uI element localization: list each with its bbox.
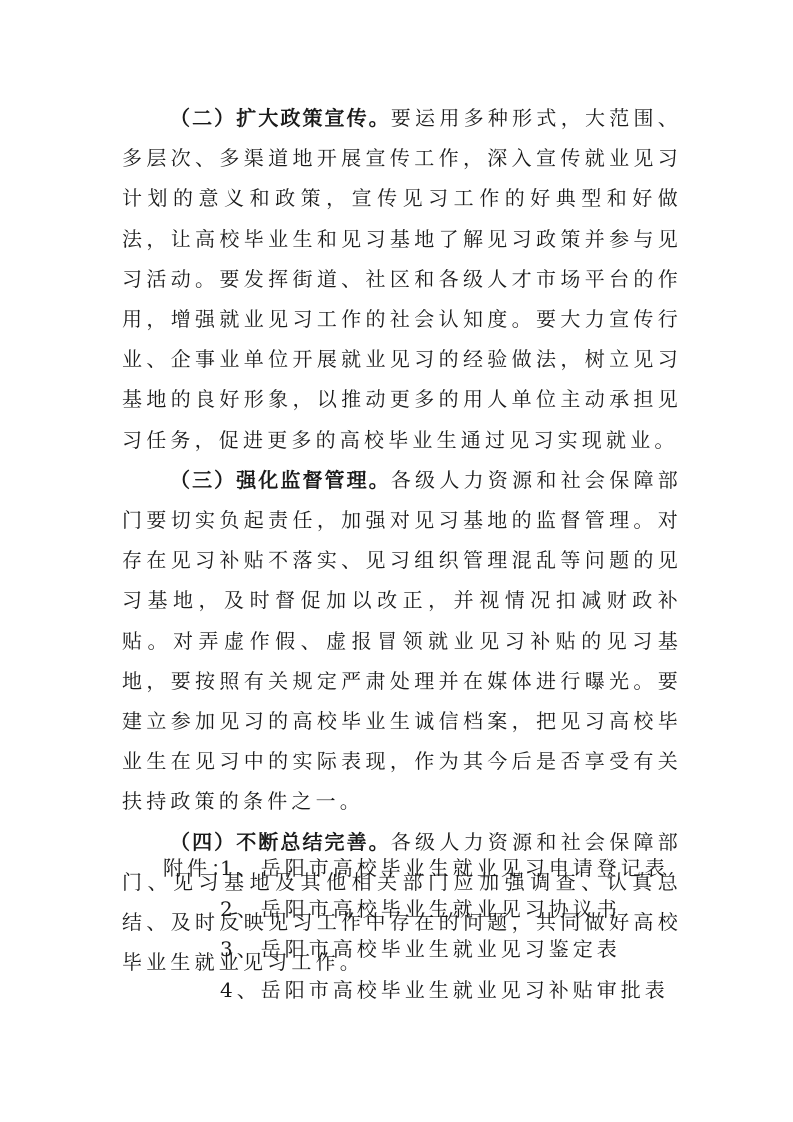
section-supervision: （三）强化监督管理。各级人力资源和社会保障部门要切实负起责任，加强对见习基地的监… (122, 460, 682, 822)
attachment-row: 4、岳阳市高校毕业生就业见习补贴审批表 (163, 970, 669, 1011)
section-heading: （二）扩大政策宣传。 (170, 106, 391, 130)
attachments-list: 附件：1、岳阳市高校毕业生就业见习申请登记表 2、岳阳市高校毕业生就业见习协议书… (163, 848, 669, 1010)
attachment-row: 3、岳阳市高校毕业生就业见习鉴定表 (163, 929, 669, 970)
attachment-item: 4、岳阳市高校毕业生就业见习补贴审批表 (220, 970, 669, 1011)
section-promotion: （二）扩大政策宣传。要运用多种形式，大范围、多层次、多渠道地开展宣传工作，深入宣… (122, 98, 682, 460)
attachment-row: 2、岳阳市高校毕业生就业见习协议书 (163, 889, 669, 930)
section-heading: （三）强化监督管理。 (170, 468, 391, 492)
section-text: 各级人力资源和社会保障部门要切实负起责任，加强对见习基地的监督管理。对存在见习补… (122, 468, 682, 814)
document-page: （二）扩大政策宣传。要运用多种形式，大范围、多层次、多渠道地开展宣传工作，深入宣… (0, 0, 793, 1122)
attachment-row: 附件：1、岳阳市高校毕业生就业见习申请登记表 (163, 848, 669, 889)
attachment-item: 2、岳阳市高校毕业生就业见习协议书 (220, 889, 621, 930)
attachments-label: 附件： (163, 848, 220, 889)
section-text: 要运用多种形式，大范围、多层次、多渠道地开展宣传工作，深入宣传就业见习计划的意义… (122, 106, 682, 452)
attachment-item: 3、岳阳市高校毕业生就业见习鉴定表 (220, 929, 621, 970)
attachment-item: 1、岳阳市高校毕业生就业见习申请登记表 (220, 848, 669, 889)
